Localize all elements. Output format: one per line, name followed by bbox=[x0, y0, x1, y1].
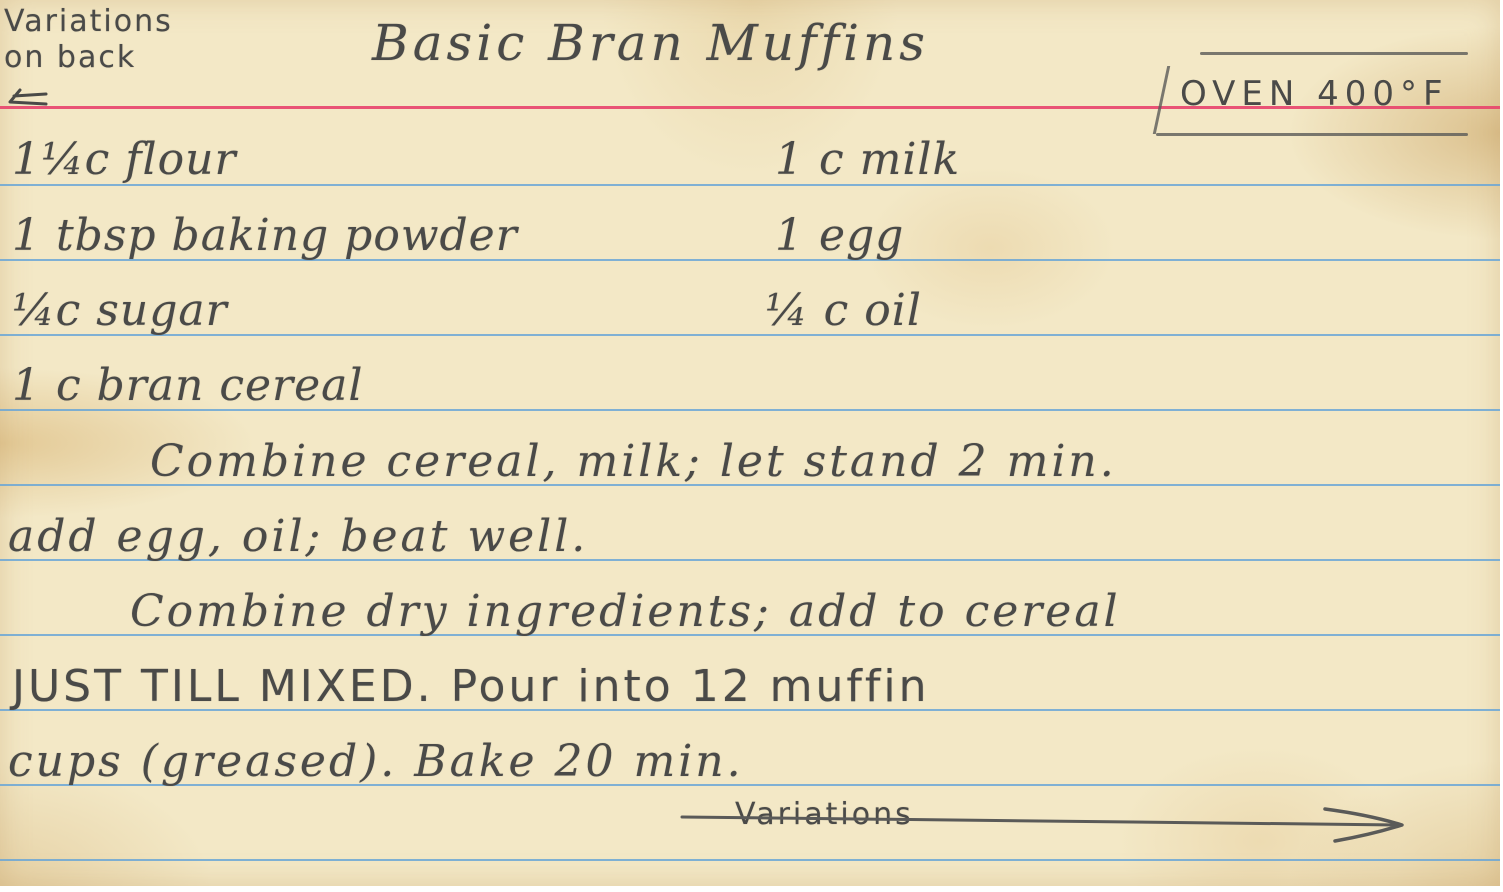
note-line-2: on back bbox=[4, 40, 173, 76]
oven-box-left-line bbox=[1153, 66, 1170, 134]
ingredient-baking-powder: 1 tbsp baking powder bbox=[12, 214, 518, 258]
ingredient-sugar: ¼c sugar bbox=[12, 289, 228, 333]
ingredient-oil: ¼ c oil bbox=[765, 289, 922, 333]
recipe-card: Variations on back Basic Bran Muffins OV… bbox=[0, 0, 1500, 886]
direction-line-2: add egg, oil; beat well. bbox=[8, 515, 588, 559]
oven-box-top-line bbox=[1200, 52, 1468, 55]
direction-line-5: cups (greased). Bake 20 min. bbox=[8, 740, 744, 784]
variations-on-back-note: Variations on back bbox=[4, 4, 173, 76]
recipe-title: Basic Bran Muffins bbox=[372, 18, 929, 68]
oven-box-bottom-line bbox=[1156, 133, 1468, 136]
blue-rule bbox=[0, 859, 1500, 861]
direction-line-4: JUST TILL MIXED. Pour into 12 muffin bbox=[12, 665, 930, 709]
direction-line-1: Combine cereal, milk; let stand 2 min. bbox=[150, 440, 1117, 484]
back-arrow-icon bbox=[6, 88, 50, 110]
ingredient-flour: 1¼c flour bbox=[12, 138, 237, 182]
ingredient-egg: 1 egg bbox=[775, 214, 904, 258]
ingredient-bran-cereal: 1 c bran cereal bbox=[12, 364, 363, 408]
oven-temperature: OVEN 400°F bbox=[1180, 74, 1449, 114]
note-line-1: Variations bbox=[4, 4, 173, 40]
direction-line-3: Combine dry ingredients; add to cereal bbox=[130, 590, 1121, 634]
oven-temperature-box: OVEN 400°F bbox=[1150, 52, 1480, 136]
ingredient-milk: 1 c milk bbox=[775, 138, 960, 182]
right-arrow-icon bbox=[680, 805, 1420, 845]
